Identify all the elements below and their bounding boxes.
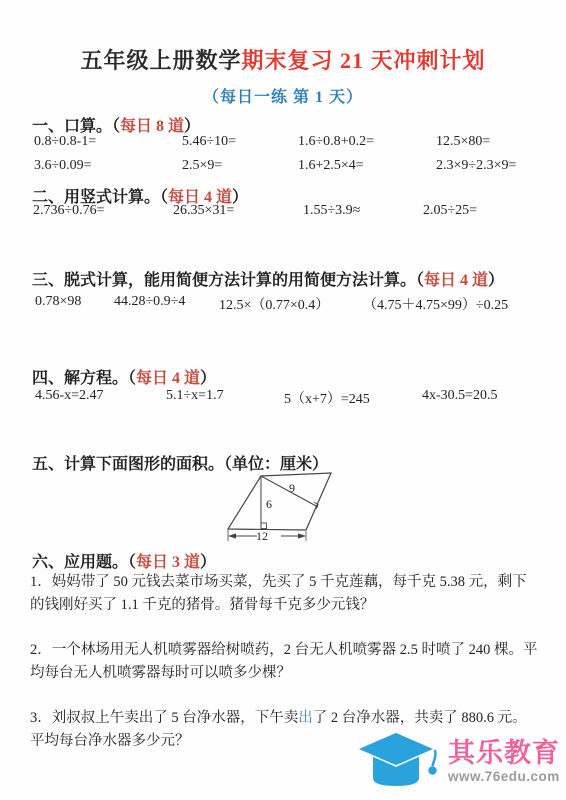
paren-open: （ (416, 272, 424, 289)
math-expression: 4.56-x=2.47 (35, 388, 166, 408)
section-6-title: 六、应用题。 (32, 554, 128, 571)
section-3-quota: 每日 4 道 (424, 272, 488, 289)
brand-name: 其乐教育 (448, 740, 560, 767)
word-problem-3-highlight: 出 (298, 710, 313, 726)
worksheet-page: 五年级上册数学期末复习 21 天冲刺计划 （每日一练 第 1 天） 一、口算。（… (0, 0, 566, 800)
page-title-red: 期末复习 21 天冲刺计划 (242, 48, 486, 73)
math-expression: 1.55÷3.9≈ (303, 203, 423, 219)
page-subtitle: （每日一练 第 1 天） (0, 84, 566, 107)
geometry-diagram: 6 9 12 (205, 468, 355, 546)
page-title: 五年级上册数学期末复习 21 天冲刺计划 (0, 44, 566, 75)
paren-close: ） (488, 272, 504, 289)
word-problem-2: 2．一个林场用无人机喷雾器给树喷药，2 台无人机喷雾器 2.5 时喷了 240 … (30, 639, 540, 684)
paren-close: ） (200, 554, 216, 571)
math-expression: 12.5×（0.77×0.4） (219, 294, 363, 314)
vertical-calc-row: 2.736÷0.76= 26.35×31= 1.55÷3.9≈ 2.05÷25= (28, 203, 552, 219)
math-expression: 0.8÷0.8-1= (34, 134, 182, 150)
oral-calc-row-2: 3.6÷0.09= 2.5×9= 1.6+2.5×4= 2.3×9÷2.3×9= (28, 158, 552, 174)
equation-row: 4.56-x=2.47 5.1÷x=1.7 5（x+7）=245 4x-30.5… (28, 388, 552, 408)
math-expression: 3.6÷0.09= (34, 158, 182, 174)
paren-open: （ (128, 370, 136, 387)
section-3-heading: 三、脱式计算，能用简便方法计算的用简便方法计算。（每日 4 道） (32, 267, 504, 290)
parallelogram-figure: 6 9 12 (205, 468, 355, 551)
word-problem-1: 1．妈妈带了 50 元钱去菜市场买菜，先买了 5 千克莲藕，每千克 5.38 元… (30, 571, 540, 616)
section-1-heading: 一、口算。（每日 8 道） (32, 113, 200, 136)
section-3-title: 三、脱式计算，能用简便方法计算的用简便方法计算。 (32, 272, 416, 289)
math-expression: 5（x+7）=245 (284, 388, 422, 408)
math-expression: 5.46÷10= (182, 134, 298, 150)
publisher-logo: 其乐教育 www.76edu.com (351, 728, 560, 795)
paren-close: ） (200, 370, 216, 387)
math-expression: 44.28÷0.9÷4 (114, 294, 219, 314)
page-title-black: 五年级上册数学 (80, 48, 241, 73)
paren-open: （ (128, 554, 136, 571)
section-4-heading: 四、解方程。（每日 4 道） (32, 365, 216, 388)
slant-label: 9 (289, 481, 295, 495)
base-label: 12 (256, 529, 268, 543)
word-problem-3-text: 3．刘叔叔上午卖出了 5 台净水器，下午卖 (30, 710, 298, 726)
section-6-quota: 每日 3 道 (136, 554, 200, 571)
simplify-calc-row: 0.78×98 44.28÷0.9÷4 12.5×（0.77×0.4） （4.7… (28, 294, 552, 314)
math-expression: 2.05÷25= (423, 203, 552, 219)
math-expression: 26.35×31= (173, 203, 303, 219)
section-1-title: 一、口算。 (32, 118, 112, 135)
section-6-heading: 六、应用题。（每日 3 道） (32, 549, 216, 572)
math-expression: 2.736÷0.76= (33, 203, 173, 219)
math-expression: 5.1÷x=1.7 (166, 388, 284, 408)
paren-close: ） (184, 118, 200, 135)
math-expression: （4.75＋4.75×99）÷0.25 (363, 294, 552, 314)
math-expression: 2.3×9÷2.3×9= (436, 158, 552, 174)
graduation-cap-icon (351, 728, 441, 795)
math-expression: 2.5×9= (182, 158, 298, 174)
oral-calc-row-1: 0.8÷0.8-1= 5.46÷10= 1.6÷0.8+0.2= 12.5×80… (28, 134, 552, 150)
section-4-title: 四、解方程。 (32, 370, 128, 387)
math-expression: 1.6+2.5×4= (298, 158, 436, 174)
logo-text: 其乐教育 www.76edu.com (448, 740, 560, 784)
math-expression: 4x-30.5=20.5 (422, 388, 552, 408)
math-expression: 1.6÷0.8+0.2= (298, 134, 436, 150)
math-expression: 0.78×98 (35, 294, 114, 314)
math-expression: 12.5×80= (436, 134, 552, 150)
section-1-quota: 每日 8 道 (120, 118, 184, 135)
section-4-quota: 每日 4 道 (136, 370, 200, 387)
section-5-title: 五、计算下面图形的面积。 (32, 456, 224, 473)
height-label: 6 (266, 497, 272, 511)
paren-open: （ (112, 118, 120, 135)
brand-url: www.76edu.com (448, 770, 560, 784)
